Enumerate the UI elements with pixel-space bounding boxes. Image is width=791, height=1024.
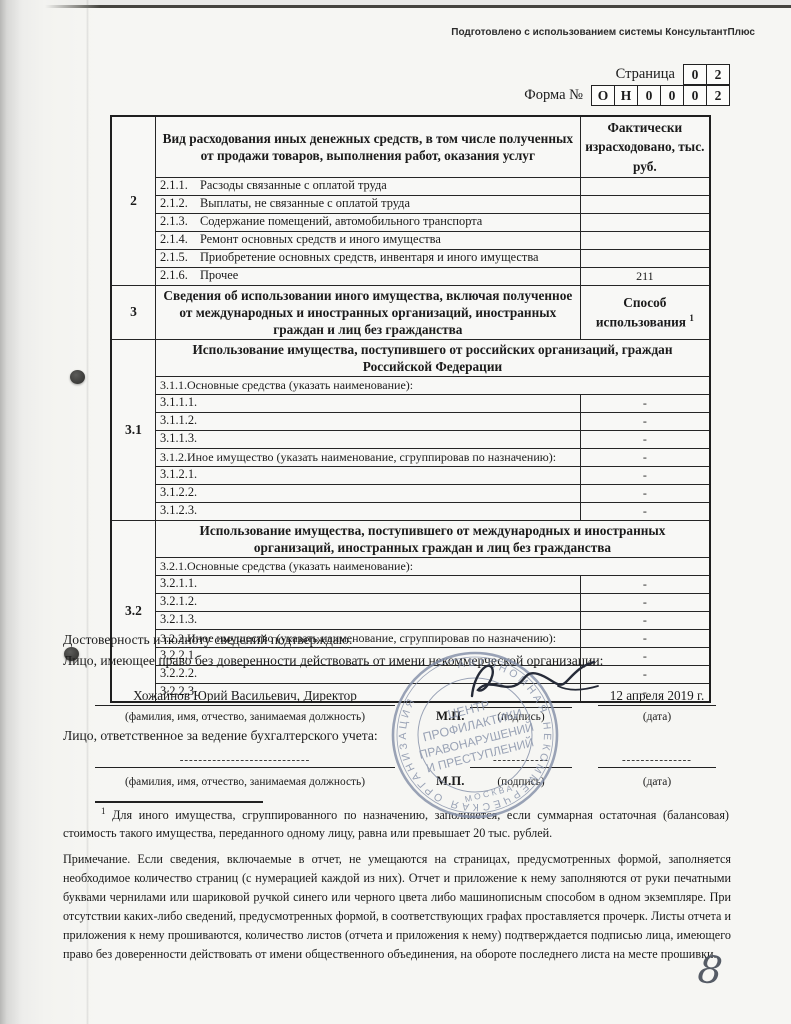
row-code: 2.1.6. <box>160 269 200 283</box>
authority-statement: Лицо, имеющее право без доверенности дей… <box>63 653 603 669</box>
section-number: 2 <box>111 116 155 285</box>
row-code: 3.1.1.3. <box>160 432 208 446</box>
row-value: - <box>580 611 710 629</box>
form-cell: 2 <box>707 85 730 106</box>
row-label: Прочее <box>200 268 238 282</box>
table-row: 3.1.1.Основные средства (указать наимено… <box>111 376 710 394</box>
row-code: 3.1.1. <box>160 378 187 392</box>
scan-edge-line <box>26 5 791 8</box>
subsection-title: Использование имущества, поступившего от… <box>155 520 710 557</box>
table-row: 3.1.1.3. - <box>111 430 710 448</box>
value-header-text: Способ использования <box>596 295 686 330</box>
footnote-rule <box>95 801 263 803</box>
footnote-body: Для иного имущества, сгруппированного по… <box>63 808 729 840</box>
row-code: 2.1.2. <box>160 197 200 211</box>
sign-caption: (подпись) <box>470 774 572 788</box>
form-cell: 0 <box>684 85 707 106</box>
row-value: - <box>580 430 710 448</box>
date-caption: (дата) <box>598 709 716 723</box>
row-value: - <box>580 629 710 647</box>
footnote-ref: 1 <box>689 313 694 323</box>
row-code: 3.1.1.1. <box>160 396 208 410</box>
row-value: - <box>580 394 710 412</box>
table-row: 2.1.1.Расзоды связанные с оплатой труда <box>111 177 710 195</box>
row-code: 3.2.2.2. <box>160 667 208 681</box>
confirmation-statement: Достоверность и полноту сведений подтвер… <box>63 632 352 648</box>
section-title: Вид расходования иных денежных средств, … <box>155 116 580 177</box>
table-row: 2.1.3.Содержание помещений, автомобильно… <box>111 213 710 231</box>
table-row: 3.2.1.2. - <box>111 593 710 611</box>
table-row: 3.2.1.Основные средства (указать наимено… <box>111 557 710 575</box>
table-row: 2.1.5.Приобретение основных средств, инв… <box>111 249 710 267</box>
sign-caption: (подпись) <box>470 709 572 723</box>
row-code: 3.1.2. <box>160 450 187 464</box>
name-caption: (фамилия, имя, отчество, занимаемая долж… <box>95 774 395 788</box>
date-caption: (дата) <box>598 774 716 788</box>
signatory-name: Хожайнов Юрий Васильевич, Директор <box>95 688 395 706</box>
row-value: - <box>580 593 710 611</box>
form-number-boxes: Форма № О Н 0 0 0 2 <box>524 85 730 106</box>
row-value <box>580 249 710 267</box>
row-value <box>580 213 710 231</box>
footnote-text: 1 Для иного имущества, сгруппированного … <box>63 805 729 843</box>
table-row: 3.1.2.3. - <box>111 502 710 520</box>
scanned-document-page: Подготовлено с использованием системы Ко… <box>0 0 791 1024</box>
consultantplus-watermark: Подготовлено с использованием системы Ко… <box>400 27 755 38</box>
row-value <box>580 231 710 249</box>
signature-date: 12 апреля 2019 г. <box>598 688 716 706</box>
section-title: Сведения об использовании иного имуществ… <box>155 285 580 339</box>
note-paragraph: Примечание. Если сведения, включаемые в … <box>63 850 731 964</box>
table-row: 3.1.2.2. - <box>111 484 710 502</box>
row-value: - <box>580 484 710 502</box>
row-code: 2.1.3. <box>160 215 200 229</box>
mp-label: М.П. <box>436 774 464 789</box>
row-value: - <box>580 575 710 593</box>
table-row: 3.1.1.2. - <box>111 412 710 430</box>
row-label: Приобретение основных средств, инвентаря… <box>200 250 539 264</box>
table-row: 3.1.1.1. - <box>111 394 710 412</box>
table-row: 2.1.6.Прочее 211 <box>111 267 710 285</box>
row-label: Основные средства (указать наименование)… <box>187 559 413 573</box>
table-row: 3.2 Использование имущества, поступившег… <box>111 520 710 557</box>
subsection-title: Использование имущества, поступившего от… <box>155 339 710 376</box>
page-label: Страница <box>616 66 683 83</box>
signature-empty: ------------ <box>470 754 572 768</box>
table-row: 3.1.2.1. - <box>111 466 710 484</box>
row-label: Иное имущество (указать наименование, сг… <box>187 450 556 464</box>
row-code: 3.2.1.3. <box>160 613 208 627</box>
row-value: - <box>580 412 710 430</box>
table-row: 3.2.1.3. - <box>111 611 710 629</box>
form-cell: О <box>591 85 615 106</box>
accountant-statement: Лицо, ответственное за ведение бухгалтер… <box>63 728 378 744</box>
page-cell: 2 <box>707 64 730 85</box>
signature-line <box>470 688 572 708</box>
section-number: 3.1 <box>111 339 155 520</box>
table-row: 2.1.2.Выплаты, не связанные с оплатой тр… <box>111 195 710 213</box>
page-number-boxes: Страница 0 2 <box>616 64 730 85</box>
table-row: 2.1.4.Ремонт основных средств и иного им… <box>111 231 710 249</box>
row-value: 211 <box>580 267 710 285</box>
row-label: Ремонт основных средств и иного имуществ… <box>200 232 441 246</box>
row-label: Расзоды связанные с оплатой труда <box>200 178 387 192</box>
table-row: 3.2.1.1. - <box>111 575 710 593</box>
table-row: 3 Сведения об использовании иного имущес… <box>111 285 710 339</box>
table-row: 2 Вид расходования иных денежных средств… <box>111 116 710 177</box>
row-label: Основные средства (указать наименование)… <box>187 378 413 392</box>
handwritten-page-number: 8 <box>696 947 725 993</box>
row-code: 2.1.5. <box>160 251 200 265</box>
date-empty: --------------- <box>598 754 716 768</box>
page-cell: 0 <box>683 64 707 85</box>
row-code: 3.1.2.3. <box>160 504 208 518</box>
row-label: Выплаты, не связанные с оплатой труда <box>200 196 410 210</box>
form-label: Форма № <box>524 87 591 104</box>
row-code: 2.1.4. <box>160 233 200 247</box>
row-code: 2.1.1. <box>160 179 200 193</box>
form-cell: Н <box>615 85 638 106</box>
value-column-header: Фактически израсходовано, тыс. руб. <box>580 116 710 177</box>
section-number: 3 <box>111 285 155 339</box>
row-value: - <box>580 448 710 466</box>
row-value <box>580 195 710 213</box>
row-value: - <box>580 466 710 484</box>
form-cell: 0 <box>661 85 684 106</box>
mp-label: М.П. <box>436 709 464 724</box>
row-code: 3.2.1. <box>160 559 187 573</box>
form-cell: 0 <box>638 85 661 106</box>
table-row: 3.1 Использование имущества, поступившег… <box>111 339 710 376</box>
row-label: Содержание помещений, автомобильного тра… <box>200 214 482 228</box>
report-table: 2 Вид расходования иных денежных средств… <box>110 115 711 703</box>
table-row: 3.1.2.Иное имущество (указать наименован… <box>111 448 710 466</box>
section-number: 3.2 <box>111 520 155 702</box>
signatory-name-empty: ---------------------------- <box>95 754 395 768</box>
row-code: 3.1.2.2. <box>160 486 208 500</box>
row-code: 3.1.2.1. <box>160 468 208 482</box>
row-code: 3.1.1.2. <box>160 414 208 428</box>
binder-hole-icon <box>70 370 85 384</box>
value-column-header: Способ использования 1 <box>580 285 710 339</box>
row-value: - <box>580 502 710 520</box>
row-code: 3.2.1.2. <box>160 595 208 609</box>
row-value <box>580 177 710 195</box>
row-code: 3.2.1.1. <box>160 577 208 591</box>
name-caption: (фамилия, имя, отчество, занимаемая долж… <box>95 709 395 723</box>
